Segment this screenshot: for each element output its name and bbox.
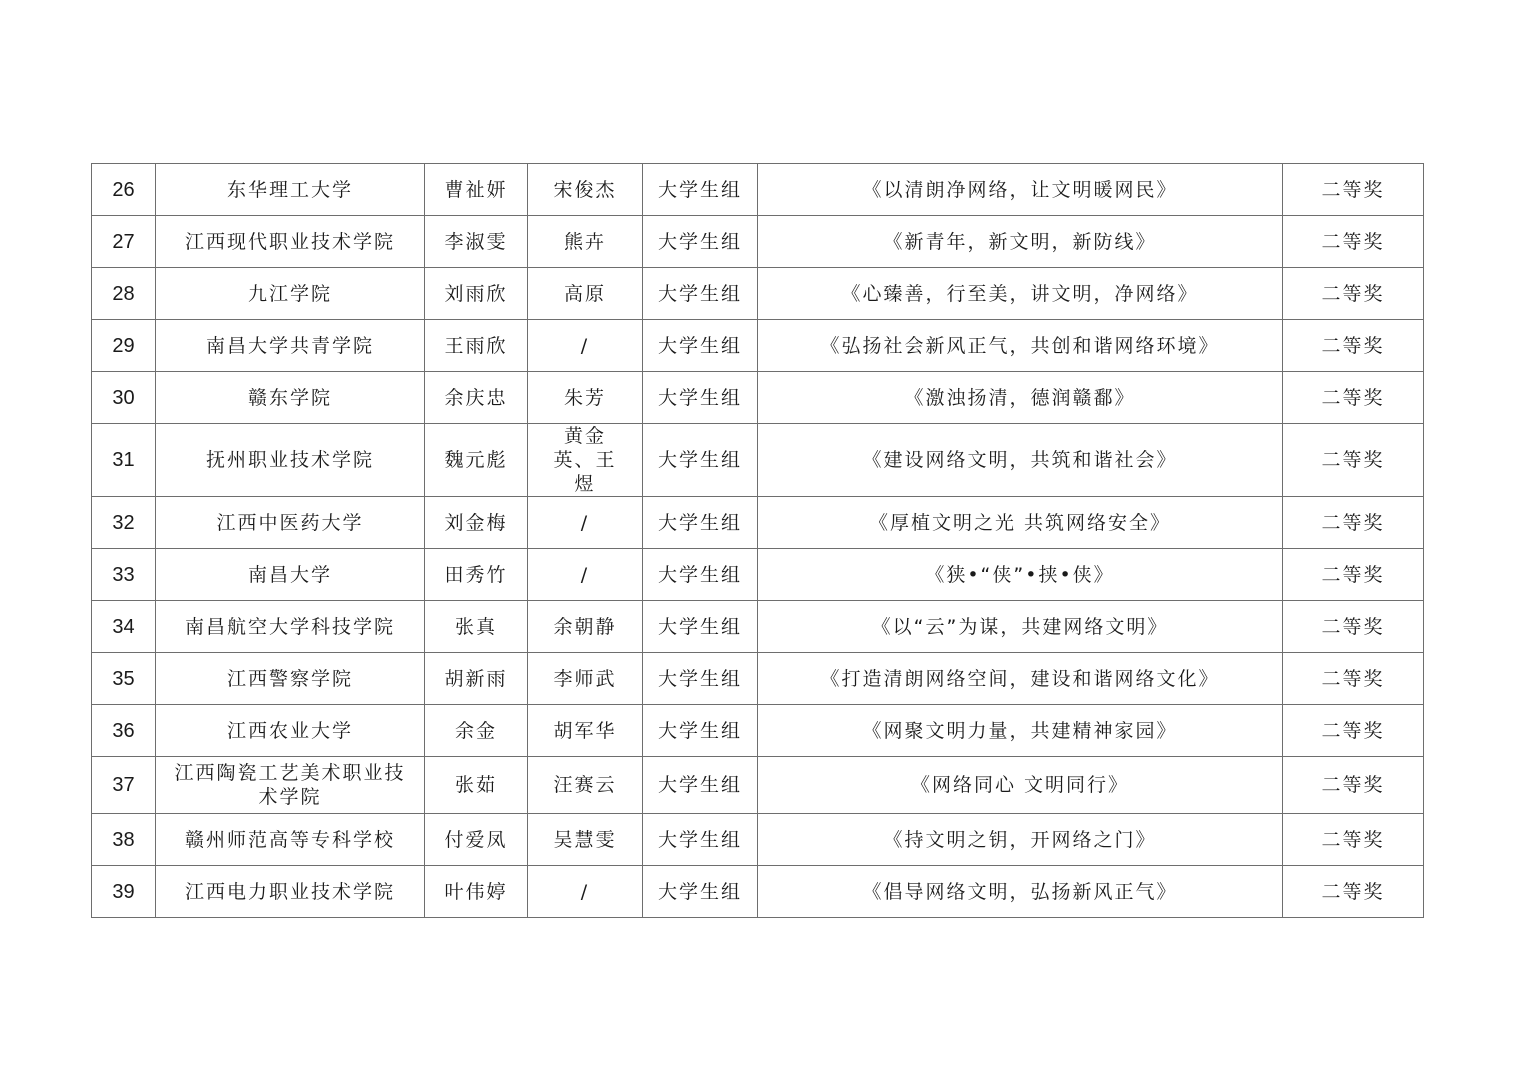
group-name: 大学生组 [643,549,758,601]
table-row: 37 江西陶瓷工艺美术职业技术学院 张茹 汪赛云 大学生组 《网络同心 文明同行… [92,757,1424,814]
author-name: 付爱凤 [425,814,528,866]
table-row: 26 东华理工大学 曹祉妍 宋俊杰 大学生组 《以清朗净网络，让文明暖网民》 二… [92,164,1424,216]
group-name: 大学生组 [643,601,758,653]
advisor-name: 熊卉 [528,216,643,268]
row-number: 38 [92,814,156,866]
author-name: 刘雨欣 [425,268,528,320]
school-name: 赣州师范高等专科学校 [156,814,425,866]
work-title: 《狭•“侠”•挟•侠》 [758,549,1283,601]
group-name: 大学生组 [643,866,758,918]
work-title: 《以清朗净网络，让文明暖网民》 [758,164,1283,216]
work-title: 《网络同心 文明同行》 [758,757,1283,814]
advisor-name: / [528,320,643,372]
row-number: 29 [92,320,156,372]
school-name: 南昌大学 [156,549,425,601]
table-body: 26 东华理工大学 曹祉妍 宋俊杰 大学生组 《以清朗净网络，让文明暖网民》 二… [92,164,1424,918]
work-title: 《打造清朗网络空间，建设和谐网络文化》 [758,653,1283,705]
award-level: 二等奖 [1283,320,1424,372]
author-name: 余金 [425,705,528,757]
advisor-name: / [528,549,643,601]
school-name: 东华理工大学 [156,164,425,216]
author-name: 胡新雨 [425,653,528,705]
award-level: 二等奖 [1283,757,1424,814]
document-page: 26 东华理工大学 曹祉妍 宋俊杰 大学生组 《以清朗净网络，让文明暖网民》 二… [0,0,1520,1074]
school-name: 南昌航空大学科技学院 [156,601,425,653]
table-row: 29 南昌大学共青学院 王雨欣 / 大学生组 《弘扬社会新风正气，共创和谐网络环… [92,320,1424,372]
award-level: 二等奖 [1283,601,1424,653]
award-level: 二等奖 [1283,424,1424,497]
table-row: 31 抚州职业技术学院 魏元彪 黄金英、王煜 大学生组 《建设网络文明，共筑和谐… [92,424,1424,497]
author-name: 王雨欣 [425,320,528,372]
advisor-name: 高原 [528,268,643,320]
row-number: 39 [92,866,156,918]
award-level: 二等奖 [1283,705,1424,757]
row-number: 32 [92,497,156,549]
table-row: 28 九江学院 刘雨欣 高原 大学生组 《心臻善，行至美，讲文明，净网络》 二等… [92,268,1424,320]
award-level: 二等奖 [1283,549,1424,601]
award-level: 二等奖 [1283,372,1424,424]
row-number: 28 [92,268,156,320]
table-row: 38 赣州师范高等专科学校 付爱凤 吴慧雯 大学生组 《持文明之钥，开网络之门》… [92,814,1424,866]
group-name: 大学生组 [643,497,758,549]
row-number: 34 [92,601,156,653]
work-title: 《倡导网络文明，弘扬新风正气》 [758,866,1283,918]
author-name: 叶伟婷 [425,866,528,918]
school-name: 南昌大学共青学院 [156,320,425,372]
advisor-name: / [528,497,643,549]
row-number: 31 [92,424,156,497]
work-title: 《建设网络文明，共筑和谐社会》 [758,424,1283,497]
table-row: 35 江西警察学院 胡新雨 李师武 大学生组 《打造清朗网络空间，建设和谐网络文… [92,653,1424,705]
work-title: 《厚植文明之光 共筑网络安全》 [758,497,1283,549]
work-title: 《新青年，新文明，新防线》 [758,216,1283,268]
row-number: 36 [92,705,156,757]
award-level: 二等奖 [1283,164,1424,216]
group-name: 大学生组 [643,653,758,705]
work-title: 《心臻善，行至美，讲文明，净网络》 [758,268,1283,320]
row-number: 26 [92,164,156,216]
author-name: 李淑雯 [425,216,528,268]
award-level: 二等奖 [1283,497,1424,549]
author-name: 张真 [425,601,528,653]
group-name: 大学生组 [643,424,758,497]
work-title: 《弘扬社会新风正气，共创和谐网络环境》 [758,320,1283,372]
row-number: 27 [92,216,156,268]
row-number: 33 [92,549,156,601]
advisor-name: 李师武 [528,653,643,705]
work-title: 《网聚文明力量，共建精神家园》 [758,705,1283,757]
school-name: 江西电力职业技术学院 [156,866,425,918]
group-name: 大学生组 [643,268,758,320]
school-name: 九江学院 [156,268,425,320]
row-number: 37 [92,757,156,814]
author-name: 田秀竹 [425,549,528,601]
group-name: 大学生组 [643,320,758,372]
work-title: 《激浊扬清，德润赣鄱》 [758,372,1283,424]
school-name: 江西陶瓷工艺美术职业技术学院 [156,757,425,814]
table-row: 27 江西现代职业技术学院 李淑雯 熊卉 大学生组 《新青年，新文明，新防线》 … [92,216,1424,268]
award-level: 二等奖 [1283,653,1424,705]
table-row: 33 南昌大学 田秀竹 / 大学生组 《狭•“侠”•挟•侠》 二等奖 [92,549,1424,601]
table-row: 30 赣东学院 余庆忠 朱芳 大学生组 《激浊扬清，德润赣鄱》 二等奖 [92,372,1424,424]
school-name: 江西警察学院 [156,653,425,705]
school-name: 抚州职业技术学院 [156,424,425,497]
school-name: 江西农业大学 [156,705,425,757]
advisor-name: 胡军华 [528,705,643,757]
awards-table: 26 东华理工大学 曹祉妍 宋俊杰 大学生组 《以清朗净网络，让文明暖网民》 二… [91,163,1424,918]
award-level: 二等奖 [1283,814,1424,866]
work-title: 《以“云”为谋，共建网络文明》 [758,601,1283,653]
group-name: 大学生组 [643,216,758,268]
row-number: 30 [92,372,156,424]
author-name: 魏元彪 [425,424,528,497]
advisor-name: 汪赛云 [528,757,643,814]
award-level: 二等奖 [1283,216,1424,268]
advisor-name: 余朝静 [528,601,643,653]
author-name: 张茹 [425,757,528,814]
advisor-name: 吴慧雯 [528,814,643,866]
advisor-name: 宋俊杰 [528,164,643,216]
advisor-name: 朱芳 [528,372,643,424]
school-name: 江西中医药大学 [156,497,425,549]
group-name: 大学生组 [643,164,758,216]
group-name: 大学生组 [643,757,758,814]
advisor-name: 黄金英、王煜 [528,424,643,497]
table-row: 36 江西农业大学 余金 胡军华 大学生组 《网聚文明力量，共建精神家园》 二等… [92,705,1424,757]
table-row: 39 江西电力职业技术学院 叶伟婷 / 大学生组 《倡导网络文明，弘扬新风正气》… [92,866,1424,918]
author-name: 刘金梅 [425,497,528,549]
group-name: 大学生组 [643,814,758,866]
work-title: 《持文明之钥，开网络之门》 [758,814,1283,866]
group-name: 大学生组 [643,372,758,424]
award-level: 二等奖 [1283,866,1424,918]
table-row: 32 江西中医药大学 刘金梅 / 大学生组 《厚植文明之光 共筑网络安全》 二等… [92,497,1424,549]
school-name: 赣东学院 [156,372,425,424]
row-number: 35 [92,653,156,705]
table-row: 34 南昌航空大学科技学院 张真 余朝静 大学生组 《以“云”为谋，共建网络文明… [92,601,1424,653]
author-name: 曹祉妍 [425,164,528,216]
author-name: 余庆忠 [425,372,528,424]
award-level: 二等奖 [1283,268,1424,320]
school-name: 江西现代职业技术学院 [156,216,425,268]
advisor-name: / [528,866,643,918]
group-name: 大学生组 [643,705,758,757]
